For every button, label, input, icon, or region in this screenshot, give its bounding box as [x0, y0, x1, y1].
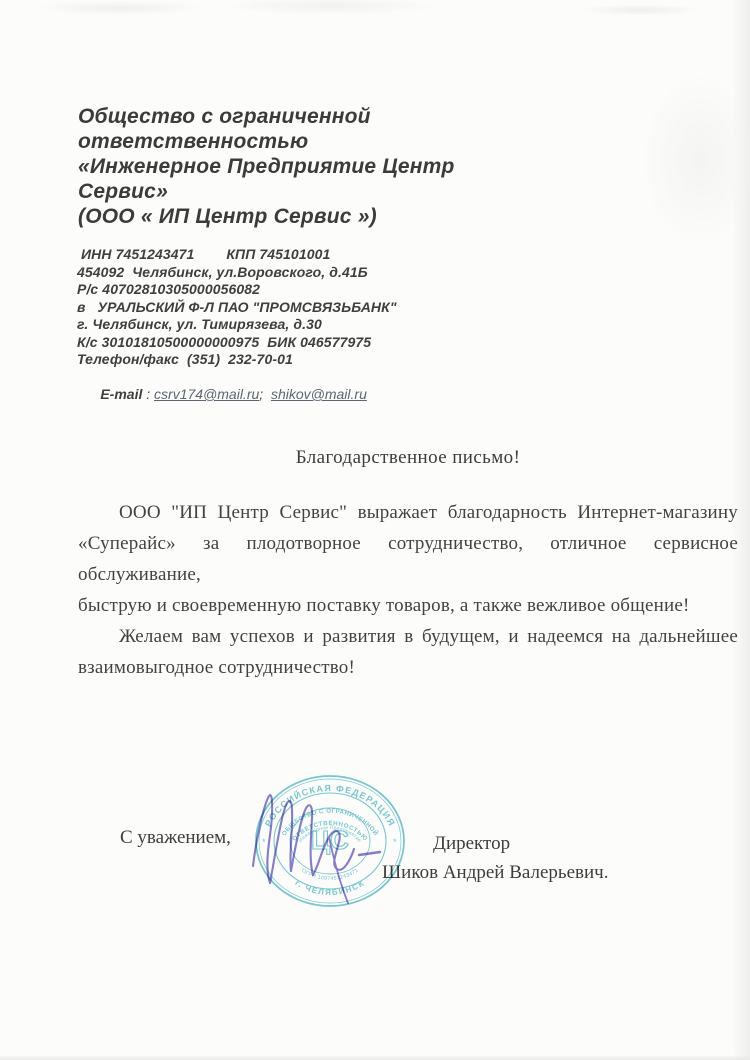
email-link-shikov[interactable]: shikov@mail.ru — [271, 386, 367, 402]
company-name-line: «Инженерное Предприятие Центр — [78, 154, 508, 179]
closing-phrase: С уважением, — [120, 827, 231, 849]
requisite-corr-account-bik: К/с 30101810500000000975 БИК 046577975 — [77, 334, 517, 352]
body-line: взаимовыгодное сотрудничество! — [78, 652, 738, 683]
scan-noise-bottom-edge — [0, 1055, 750, 1060]
requisite-inn-kpp: ИНН 7451243471 КПП 745101001 — [77, 246, 517, 264]
company-name-line: Общество с ограниченной — [78, 104, 508, 129]
body-line: Желаем вам успехов и развития в будущем,… — [78, 621, 738, 652]
scan-noise-smudge — [580, 40, 750, 300]
requisite-settlement-account: Р/с 40702810305000056082 — [77, 281, 517, 299]
requisite-phone-fax: Телефон/факс (351) 232-70-01 — [77, 351, 517, 369]
letterhead-company-name: Общество с ограниченной ответственностью… — [78, 104, 508, 229]
email-separator: : — [142, 386, 154, 402]
scan-noise-top — [0, 0, 750, 30]
requisite-bank: в УРАЛЬСКИЙ Ф-Л ПАО "ПРОМСВЯЗЬБАНК" — [77, 299, 517, 317]
handwritten-signature — [243, 770, 398, 912]
body-line: ООО "ИП Центр Сервис" выражает благодарн… — [78, 497, 738, 528]
scanned-letter-page: Общество с ограниченной ответственностью… — [0, 0, 750, 1060]
email-separator: ; — [259, 386, 271, 402]
requisite-bank-city: г. Челябинск, ул. Тимирязева, д.30 — [77, 316, 517, 334]
email-link-csrv174[interactable]: csrv174@mail.ru — [154, 386, 259, 402]
letterhead-requisites: ИНН 7451243471 КПП 745101001 454092 Челя… — [77, 246, 517, 421]
requisite-email-line: E-mail : csrv174@mail.ru; shikov@mail.ru — [77, 369, 517, 422]
email-label: E-mail — [100, 386, 142, 402]
letter-title: Благодарственное письмо! — [78, 447, 738, 469]
company-name-line: Сервис» — [78, 179, 508, 204]
body-line: «Суперайс» за плодотворное сотрудничеств… — [78, 528, 738, 590]
director-title: Директор — [433, 833, 510, 855]
company-name-line: (ООО « ИП Центр Сервис ») — [78, 204, 508, 229]
letter-body: ООО "ИП Центр Сервис" выражает благодарн… — [78, 497, 738, 683]
body-line: быструю и своевременную поставку товаров… — [78, 590, 738, 621]
requisite-address: 454092 Челябинск, ул.Воровского, д.41Б — [77, 264, 517, 282]
director-name: Шиков Андрей Валерьевич. — [382, 862, 608, 884]
company-name-line: ответственностью — [78, 129, 508, 154]
